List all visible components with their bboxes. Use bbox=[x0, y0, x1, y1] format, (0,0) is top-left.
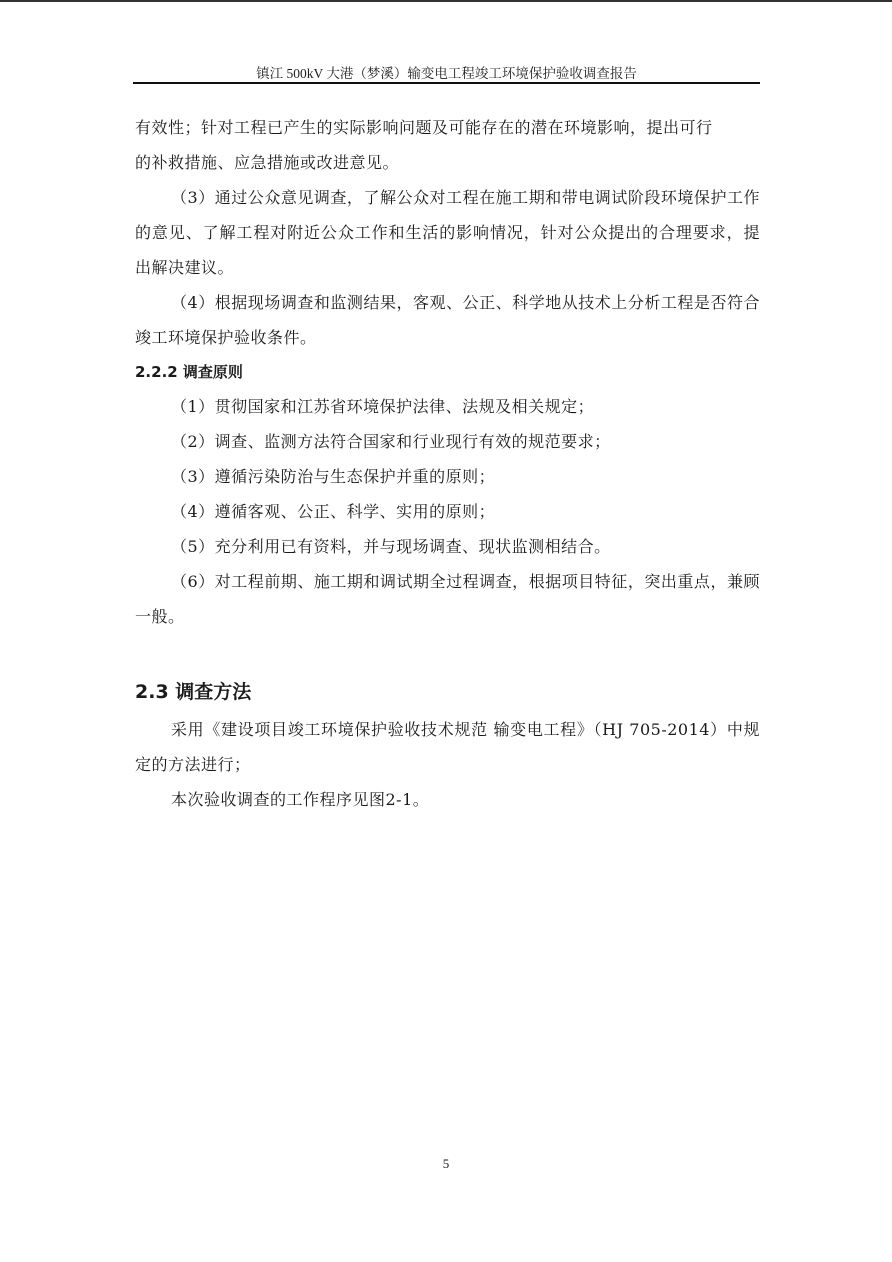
paragraph-continued-line-1: 有效性；针对工程已产生的实际影响问题及可能存在的潜在环境影响，提出可行 bbox=[135, 110, 760, 145]
heading-2-2-2: 2.2.2 调查原则 bbox=[135, 355, 760, 389]
paragraph-item-4: （4）根据现场调查和监测结果，客观、公正、科学地从技术上分析工程是否符合竣工环境… bbox=[135, 285, 760, 355]
paragraph-continued-line-2: 的补救措施、应急措施或改进意见。 bbox=[135, 145, 760, 180]
method-paragraph-2: 本次验收调查的工作程序见图2-1。 bbox=[135, 782, 760, 817]
principle-item-3: （3）遵循污染防治与生态保护并重的原则； bbox=[135, 459, 760, 494]
heading-2-3: 2.3 调查方法 bbox=[135, 672, 760, 712]
method-paragraph-1: 采用《建设项目竣工环境保护验收技术规范 输变电工程》（HJ 705-2014）中… bbox=[135, 712, 760, 782]
page-content: 有效性；针对工程已产生的实际影响问题及可能存在的潜在环境影响，提出可行 的补救措… bbox=[135, 110, 760, 817]
principle-item-1: （1）贯彻国家和江苏省环境保护法律、法规及相关规定； bbox=[135, 389, 760, 424]
running-header: 镇江 500kV 大港（梦溪）输变电工程竣工环境保护验收调查报告 bbox=[133, 62, 760, 82]
principle-item-5: （5）充分利用已有资料，并与现场调查、现状监测相结合。 bbox=[135, 529, 760, 564]
page-top-border bbox=[0, 0, 892, 2]
header-rule bbox=[133, 82, 760, 84]
principle-item-4: （4）遵循客观、公正、科学、实用的原则； bbox=[135, 494, 760, 529]
page-number: 5 bbox=[0, 1156, 892, 1172]
principle-item-6: （6）对工程前期、施工期和调试期全过程调查，根据项目特征，突出重点，兼顾一般。 bbox=[135, 564, 760, 634]
principle-item-2: （2）调查、监测方法符合国家和行业现行有效的规范要求； bbox=[135, 424, 760, 459]
paragraph-item-3: （3）通过公众意见调查，了解公众对工程在施工期和带电调试阶段环境保护工作的意见、… bbox=[135, 180, 760, 285]
